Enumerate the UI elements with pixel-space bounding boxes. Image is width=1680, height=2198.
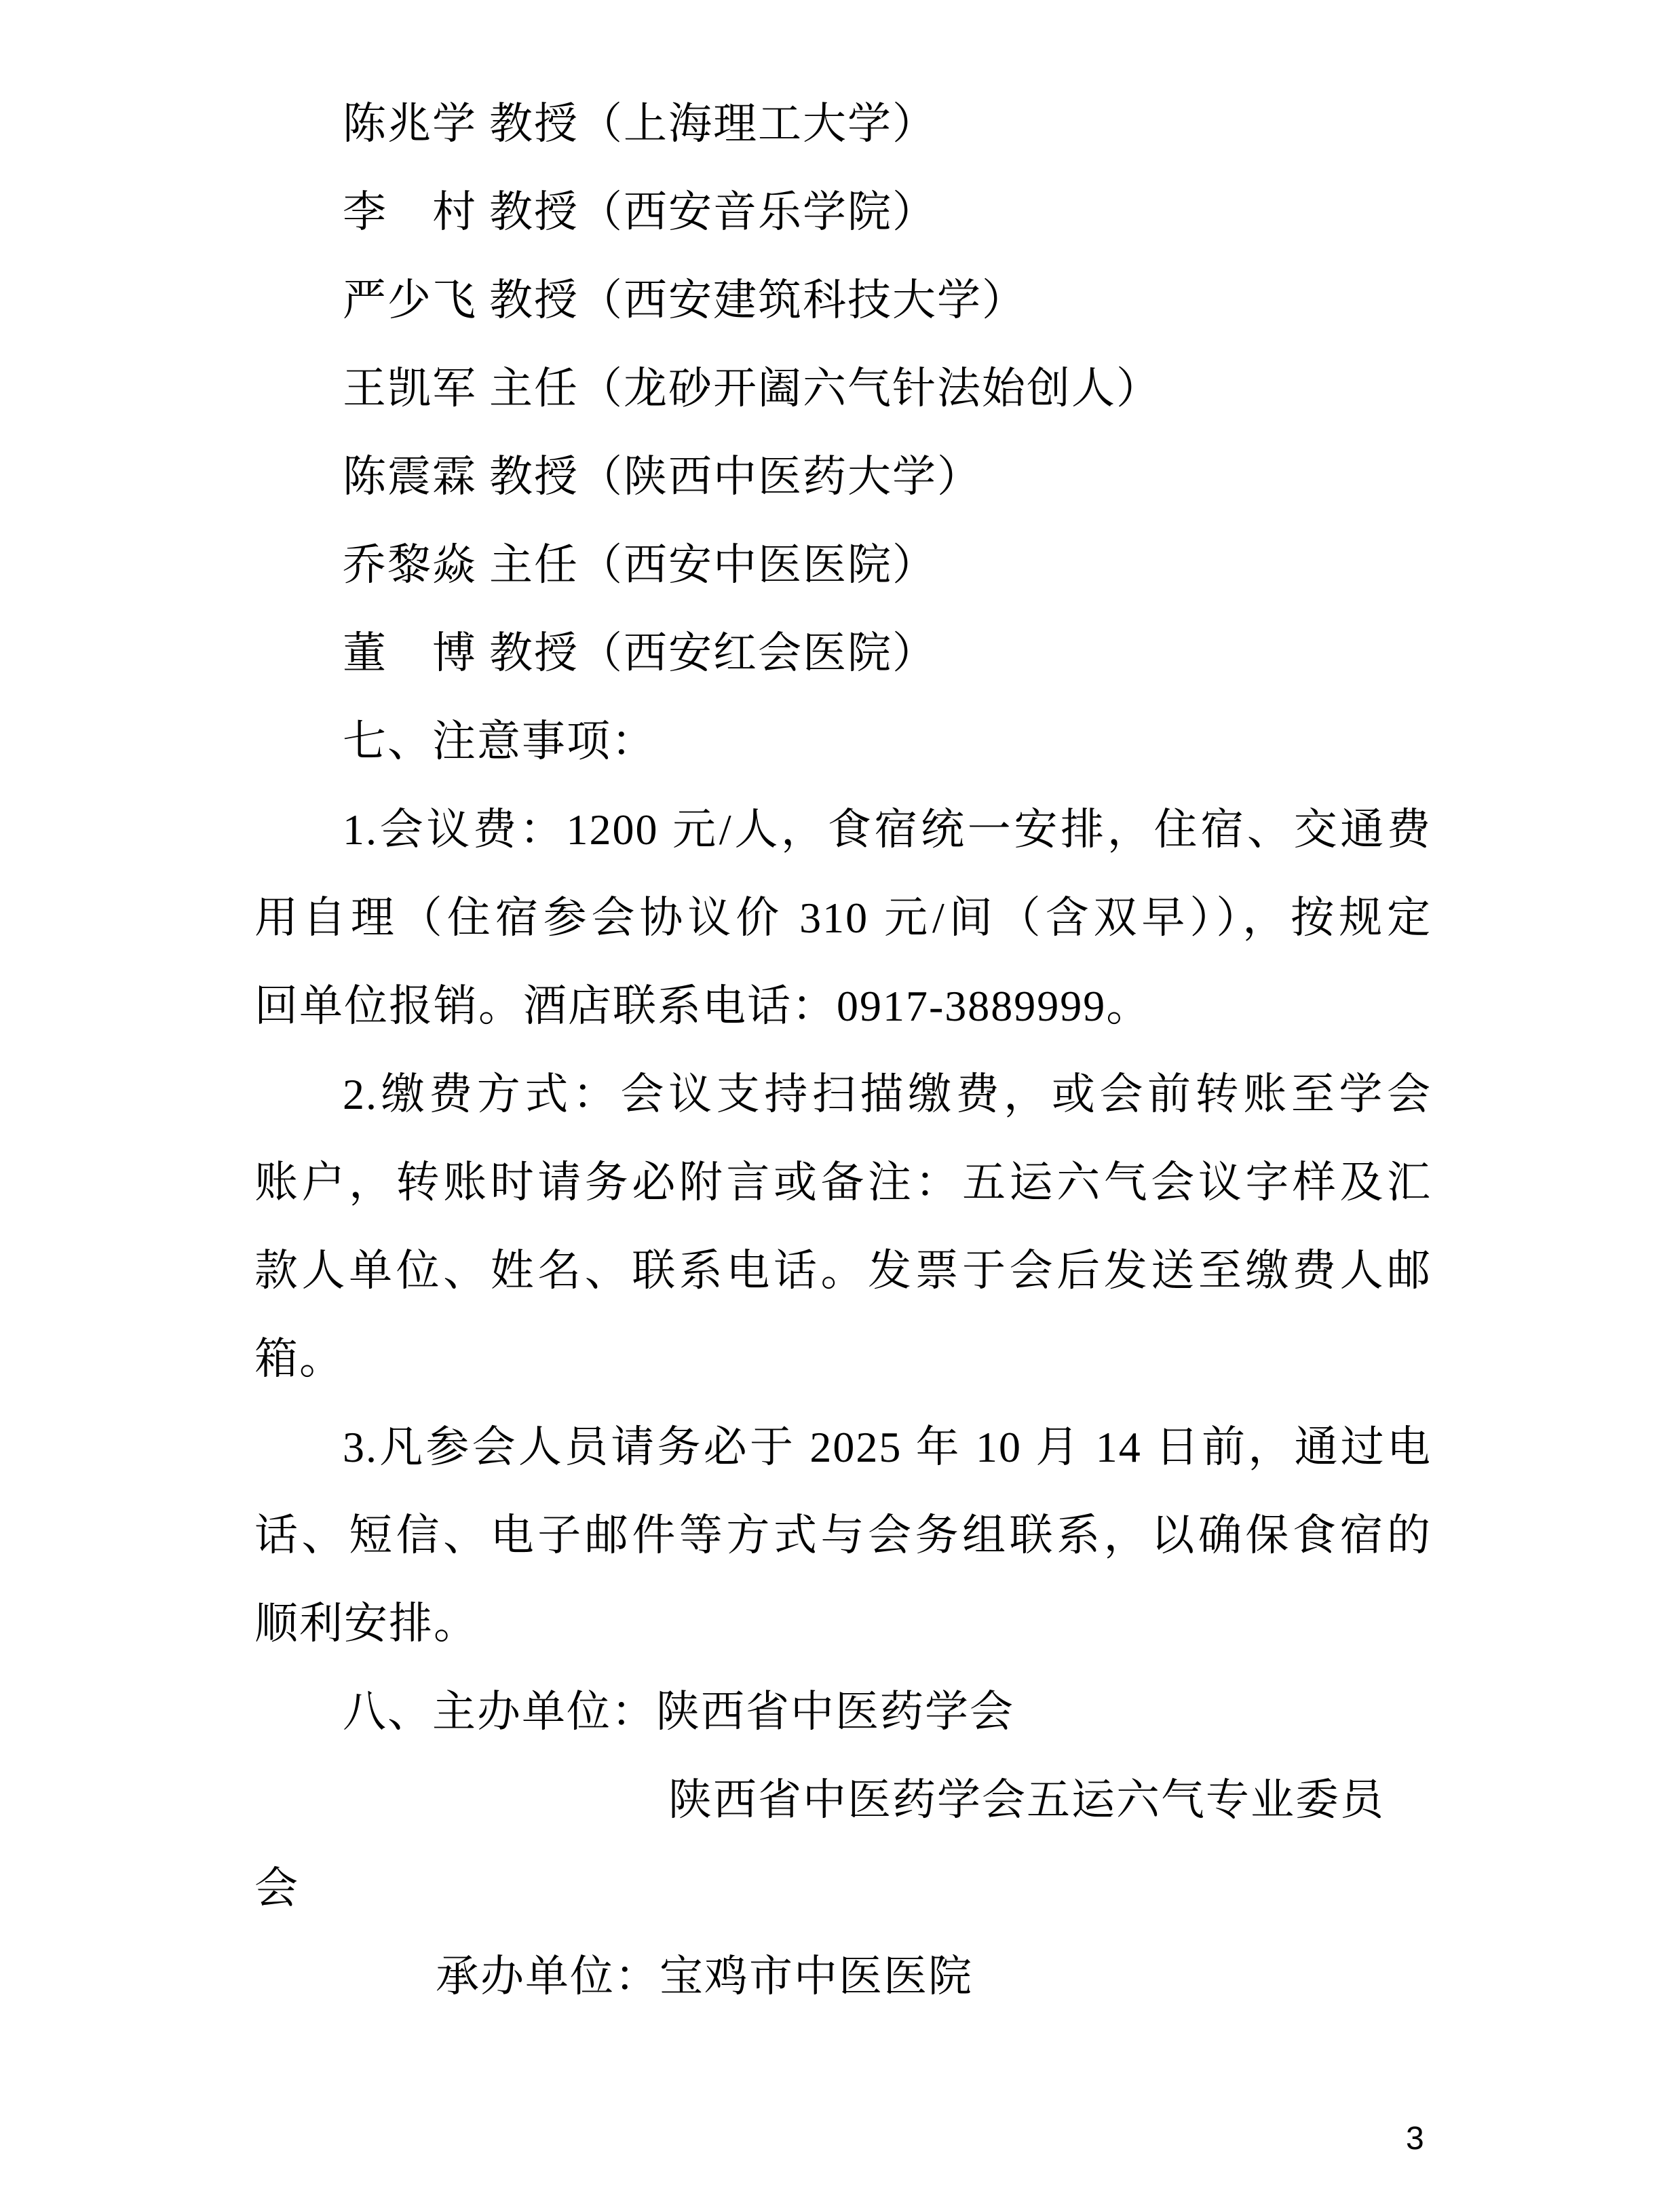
document-body: 陈兆学 教授（上海理工大学） 李 村 教授（西安音乐学院） 严少飞 教授（西安建… xyxy=(254,80,1432,2021)
expert-line-5: 陈震霖 教授（陕西中医药大学） xyxy=(254,433,1432,521)
note3-line-3: 顺利安排。 xyxy=(254,1580,1432,1668)
expert-line-3: 严少飞 教授（西安建筑科技大学） xyxy=(254,257,1432,345)
expert-line-1: 陈兆学 教授（上海理工大学） xyxy=(254,80,1432,168)
host-unit-wrap-line: 陕西省中医药学会五运六气专业委员 xyxy=(254,1756,1432,1844)
note1-line-2: 用自理（住宿参会协议价 310 元/间（含双早）），按规定 xyxy=(254,874,1432,962)
organizer-unit-line: 承办单位：宝鸡市中医医院 xyxy=(254,1933,1432,2021)
note3-line-2: 话、短信、电子邮件等方式与会务组联系，以确保食宿的 xyxy=(254,1492,1432,1580)
note1-line-1: 1.会议费：1200 元/人，食宿统一安排，住宿、交通费 xyxy=(254,786,1432,874)
notes-heading: 七、注意事项： xyxy=(254,698,1432,786)
host-unit-wrap-tail: 会 xyxy=(254,1844,1432,1933)
expert-line-4: 王凯军 主任（龙砂开阖六气针法始创人） xyxy=(254,345,1432,433)
note1-line-3: 回单位报销。酒店联系电话：0917-3889999。 xyxy=(254,962,1432,1050)
note2-line-3: 款人单位、姓名、联系电话。发票于会后发送至缴费人邮 xyxy=(254,1227,1432,1315)
expert-line-6: 乔黎焱 主任（西安中医医院） xyxy=(254,521,1432,609)
note2-line-2: 账户，转账时请务必附言或备注：五运六气会议字样及汇 xyxy=(254,1139,1432,1227)
note2-line-1: 2.缴费方式：会议支持扫描缴费，或会前转账至学会 xyxy=(254,1050,1432,1139)
expert-line-2: 李 村 教授（西安音乐学院） xyxy=(254,168,1432,257)
note2-line-4: 箱。 xyxy=(254,1315,1432,1403)
expert-line-7: 董 博 教授（西安红会医院） xyxy=(254,609,1432,698)
note3-line-1: 3.凡参会人员请务必于 2025 年 10 月 14 日前，通过电 xyxy=(254,1403,1432,1492)
document-page: 陈兆学 教授（上海理工大学） 李 村 教授（西安音乐学院） 严少飞 教授（西安建… xyxy=(0,0,1680,2198)
page-number: 3 xyxy=(1406,2121,1424,2157)
host-unit-line: 八、主办单位：陕西省中医药学会 xyxy=(254,1668,1432,1756)
